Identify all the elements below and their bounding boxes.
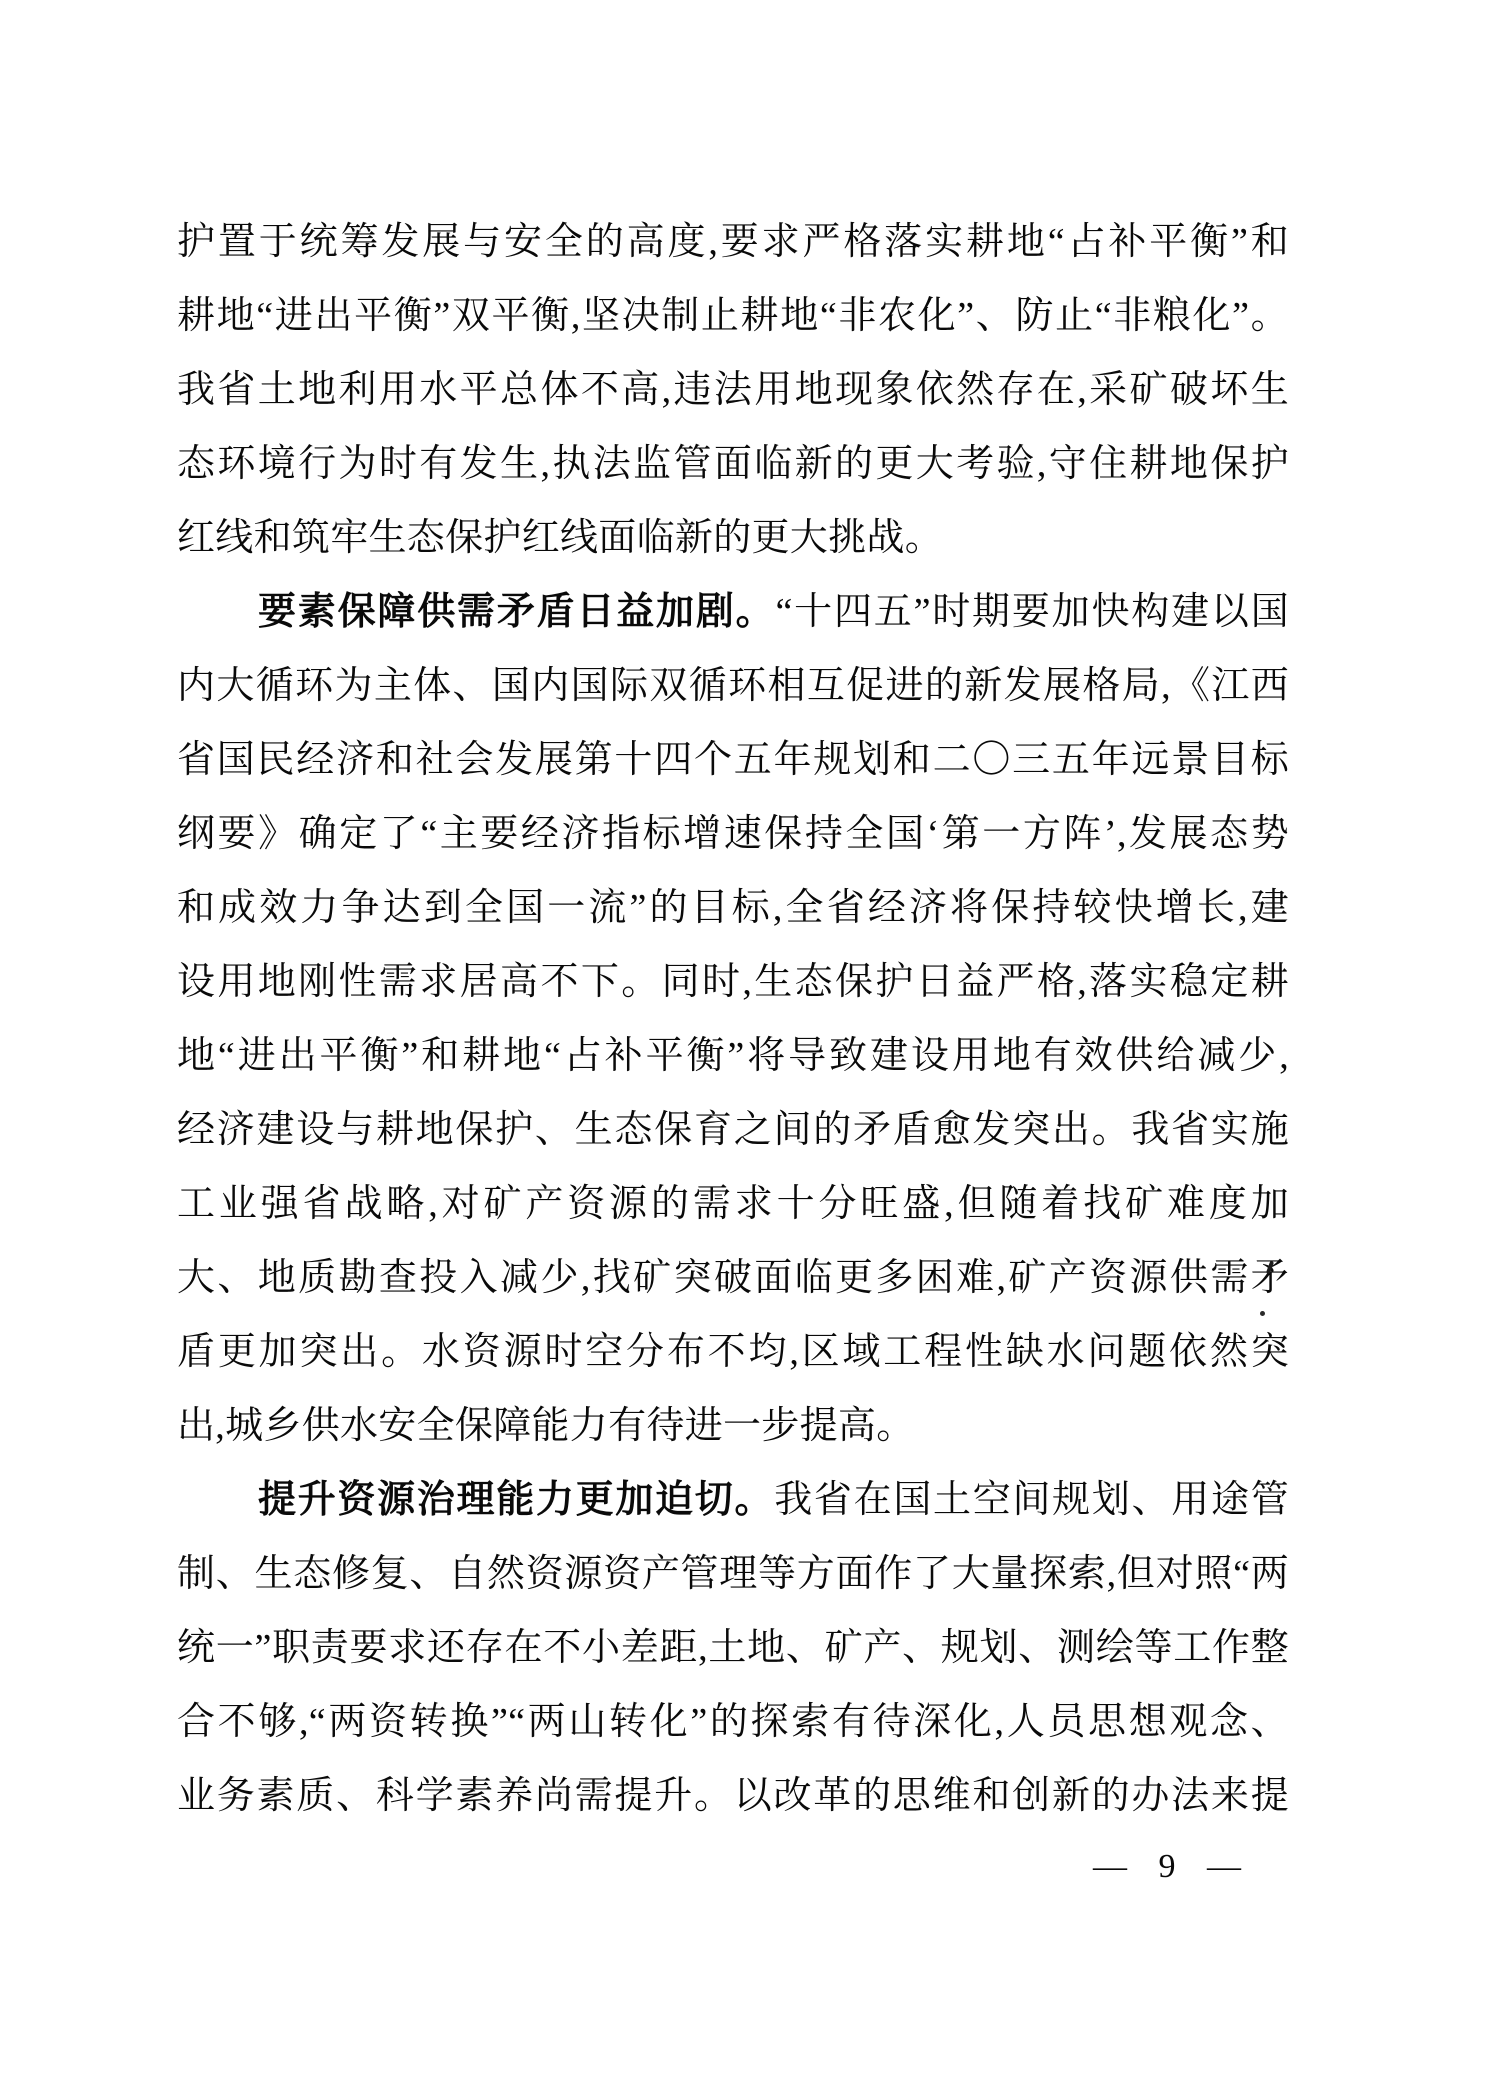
text-line: 我省土地利用水平总体不高,违法用地现象依然存在,采矿破坏生: [177, 353, 1289, 427]
paragraph-lead-line: 要素保障供需矛盾日益加剧。“十四五”时期要加快构建以国: [177, 575, 1289, 649]
page-number-dash-left: —: [1093, 1846, 1127, 1888]
text-line: 制、生态修复、自然资源资产管理等方面作了大量探索,但对照“两: [177, 1537, 1289, 1611]
line-text: 合不够,“两资转换”“两山转化”的探索有待深化,人员思想观念、: [177, 1701, 1289, 1743]
text-line: 合不够,“两资转换”“两山转化”的探索有待深化,人员思想观念、: [177, 1685, 1289, 1759]
page-number-dash-right: —: [1207, 1846, 1241, 1888]
line-text: 省国民经济和社会发展第十四个五年规划和二〇三五年远景目标: [177, 739, 1289, 781]
body-text: 护置于统筹发展与安全的高度,要求严格落实耕地“占补平衡”和 耕地“进出平衡”双平…: [177, 205, 1289, 1833]
line-text: 地“进出平衡”和耕地“占补平衡”将导致建设用地有效供给减少,: [177, 1035, 1289, 1077]
paragraph-lead-line: 提升资源治理能力更加迫切。我省在国土空间规划、用途管: [177, 1463, 1289, 1537]
text-line: 设用地刚性需求居高不下。同时,生态保护日益严格,落实稳定耕: [177, 945, 1289, 1019]
text-line: 纲要》确定了“主要经济指标增速保持全国‘第一方阵’,发展态势: [177, 797, 1289, 871]
paragraph-lead: 要素保障供需矛盾日益加剧。: [258, 591, 775, 633]
scan-speck-dot: [1260, 1311, 1265, 1316]
line-text: 制、生态修复、自然资源资产管理等方面作了大量探索,但对照“两: [177, 1553, 1289, 1595]
text-line: 省国民经济和社会发展第十四个五年规划和二〇三五年远景目标: [177, 723, 1289, 797]
line-text: 经济建设与耕地保护、生态保育之间的矛盾愈发突出。我省实施: [177, 1109, 1289, 1151]
document-page: 护置于统筹发展与安全的高度,要求严格落实耕地“占补平衡”和 耕地“进出平衡”双平…: [0, 0, 1485, 2093]
text-line: 统一”职责要求还存在不小差距,土地、矿产、规划、测绘等工作整: [177, 1611, 1289, 1685]
text-line: 出,城乡供水安全保障能力有待进一步提高。: [177, 1389, 1289, 1463]
text-line: 耕地“进出平衡”双平衡,坚决制止耕地“非农化”、防止“非粮化”。: [177, 279, 1289, 353]
paragraph-lead: 提升资源治理能力更加迫切。: [258, 1479, 774, 1521]
line-text: 态环境行为时有发生,执法监管面临新的更大考验,守住耕地保护: [177, 443, 1289, 485]
text-line: 工业强省战略,对矿产资源的需求十分旺盛,但随着找矿难度加: [177, 1167, 1289, 1241]
line-text: 我省在国土空间规划、用途管: [774, 1479, 1289, 1521]
line-text: 红线和筑牢生态保护红线面临新的更大挑战。: [177, 517, 943, 559]
text-line: 盾更加突出。水资源时空分布不均,区域工程性缺水问题依然突: [177, 1315, 1289, 1389]
line-text: 我省土地利用水平总体不高,违法用地现象依然存在,采矿破坏生: [177, 369, 1289, 411]
text-line: 大、地质勘查投入减少,找矿突破面临更多困难,矿产资源供需矛: [177, 1241, 1289, 1315]
line-text: “十四五”时期要加快构建以国: [775, 591, 1289, 633]
line-text: 和成效力争达到全国一流”的目标,全省经济将保持较快增长,建: [177, 887, 1289, 929]
text-line: 业务素质、科学素养尚需提升。以改革的思维和创新的办法来提: [177, 1759, 1289, 1833]
line-text: 内大循环为主体、国内国际双循环相互促进的新发展格局,《江西: [177, 665, 1289, 707]
line-text: 出,城乡供水安全保障能力有待进一步提高。: [177, 1405, 915, 1447]
text-line: 地“进出平衡”和耕地“占补平衡”将导致建设用地有效供给减少,: [177, 1019, 1289, 1093]
line-text: 纲要》确定了“主要经济指标增速保持全国‘第一方阵’,发展态势: [177, 813, 1289, 855]
text-line: 和成效力争达到全国一流”的目标,全省经济将保持较快增长,建: [177, 871, 1289, 945]
text-line: 经济建设与耕地保护、生态保育之间的矛盾愈发突出。我省实施: [177, 1093, 1289, 1167]
line-text: 业务素质、科学素养尚需提升。以改革的思维和创新的办法来提: [177, 1775, 1289, 1817]
line-text: 工业强省战略,对矿产资源的需求十分旺盛,但随着找矿难度加: [177, 1183, 1289, 1225]
line-text: 统一”职责要求还存在不小差距,土地、矿产、规划、测绘等工作整: [177, 1627, 1289, 1669]
line-text: 盾更加突出。水资源时空分布不均,区域工程性缺水问题依然突: [177, 1331, 1289, 1373]
page-number-value: 9: [1159, 1846, 1176, 1888]
line-text: 大、地质勘查投入减少,找矿突破面临更多困难,矿产资源供需矛: [177, 1257, 1289, 1299]
line-text: 耕地“进出平衡”双平衡,坚决制止耕地“非农化”、防止“非粮化”。: [177, 295, 1289, 337]
line-text: 护置于统筹发展与安全的高度,要求严格落实耕地“占补平衡”和: [177, 221, 1289, 263]
text-line: 内大循环为主体、国内国际双循环相互促进的新发展格局,《江西: [177, 649, 1289, 723]
text-line: 红线和筑牢生态保护红线面临新的更大挑战。: [177, 501, 1289, 575]
page-number: — 9 —: [1093, 1846, 1241, 1888]
line-text: 设用地刚性需求居高不下。同时,生态保护日益严格,落实稳定耕: [177, 961, 1289, 1003]
text-line: 态环境行为时有发生,执法监管面临新的更大考验,守住耕地保护: [177, 427, 1289, 501]
text-line: 护置于统筹发展与安全的高度,要求严格落实耕地“占补平衡”和: [177, 205, 1289, 279]
